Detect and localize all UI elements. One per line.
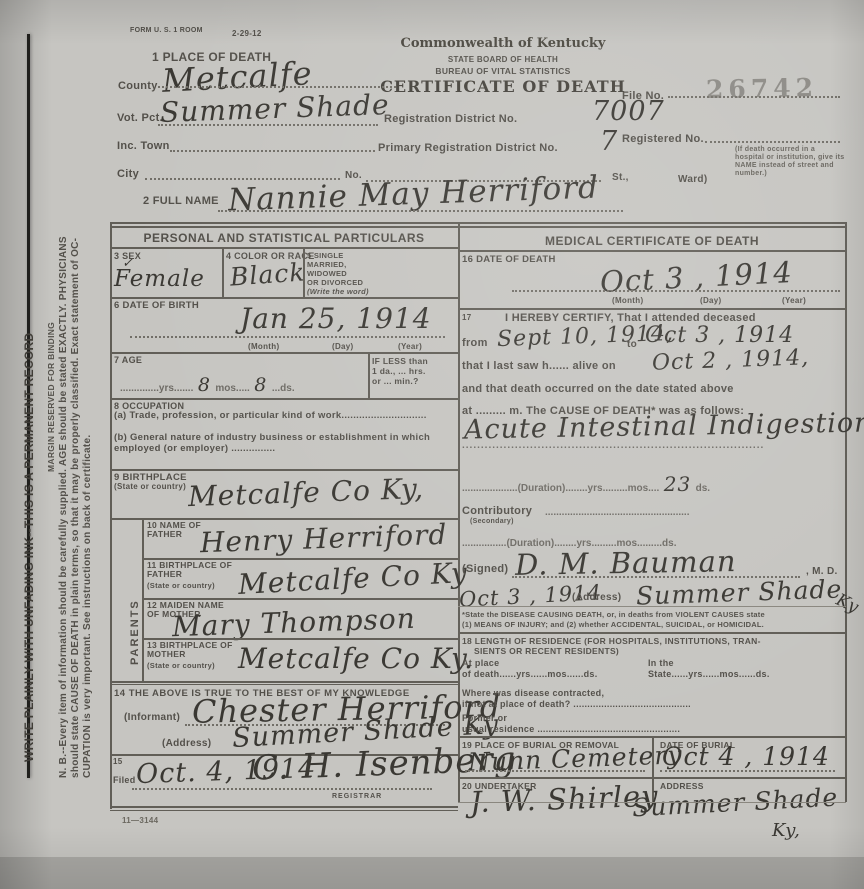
year-caption: (Year) [782, 296, 806, 305]
signed-label: (Signed) [462, 563, 508, 575]
if-less-box: IF LESS than 1 da., ... hrs. or ... min.… [372, 356, 428, 386]
last-saw-statement: that I last saw h...... alive on [462, 360, 616, 372]
bureau-label: BUREAU OF VITAL STATISTICS [388, 66, 618, 76]
day-caption: (Day) [332, 342, 354, 351]
registrar-caption: REGISTRAR [332, 793, 382, 800]
date-of-birth-handwriting: Jan 25, 1914 [240, 302, 432, 335]
marital-line: (Write the word) [307, 287, 369, 296]
contributory-dotted-line: ........................................… [545, 507, 689, 518]
rule-line [110, 352, 458, 354]
burial-date-handwriting: Oct 4 , 1914 [662, 742, 830, 771]
margin-nb-line2: should state CAUSE OF DEATH in plain ter… [70, 236, 82, 778]
physician-address-label: (Address) [572, 592, 621, 603]
filed-item-number: 15 [113, 757, 123, 766]
voting-precinct-handwriting: Summer Shade [159, 88, 390, 129]
undertaker-handwriting: J. W. Shirley [469, 779, 659, 820]
voting-precinct-label: Vot. Pct. [117, 112, 163, 124]
former-residence-label: Former or [462, 713, 507, 723]
rule-line [110, 226, 846, 228]
if-less-line: 1 da., ... hrs. [372, 366, 428, 376]
date-of-death-handwriting: Oct 3 , 1914 [599, 255, 793, 299]
marital-line: WIDOWED [307, 269, 369, 278]
age-mos-leader: mos..... [215, 383, 249, 394]
if-less-line: IF LESS than [372, 356, 428, 366]
margin-binding-note: MARGIN RESERVED FOR BINDING [46, 322, 56, 472]
race-handwriting: Black [229, 257, 306, 291]
marital-line: MARRIED, [307, 260, 369, 269]
father-birthplace-label: 11 BIRTHPLACE OF FATHER [147, 561, 237, 579]
primary-district-label: Primary Registration District No. [378, 142, 558, 154]
age-days-handwriting: 8 [254, 374, 267, 396]
print-code: 11—3144 [122, 816, 158, 825]
dotted-line [130, 336, 445, 338]
occupation-industry-line: (b) General nature of industry business … [114, 432, 449, 454]
death-occurred-statement: and that death occurred on the date stat… [462, 383, 734, 395]
informant-address-label: (Address) [162, 738, 211, 749]
registration-district-label: Registration District No. [384, 113, 517, 125]
rule-line [458, 632, 846, 634]
rule-line [110, 247, 458, 249]
disease-contracted-label: Where was disease contracted, [462, 688, 604, 698]
day-caption: (Day) [700, 296, 722, 305]
residence-section-label2: SIENTS OR RECENT RESIDENTS) [474, 646, 619, 656]
father-name-handwriting: Henry Herriford [199, 518, 447, 560]
disease-contracted-line: if not at place of death? ..............… [462, 699, 691, 709]
sex-handwriting: Female [114, 266, 205, 292]
rule-line [110, 810, 458, 811]
footnote-line1: *State the DISEASE CAUSING DEATH, or, in… [462, 610, 765, 619]
form-date: 2-29-12 [232, 29, 262, 38]
last-saw-date-handwriting: Oct 2 , 1914, [652, 345, 810, 375]
registration-district-handwriting: 7007 [592, 96, 665, 127]
certify-from-label: from [462, 337, 488, 349]
filed-label: Filed [113, 775, 136, 785]
marital-line: 5 SINGLE [307, 251, 369, 260]
in-state-line: State......yrs......mos......ds. [648, 669, 770, 679]
county-label: County [118, 80, 158, 92]
footnote-line2: (1) MEANS OF INJURY; and (2) whether ACC… [462, 620, 764, 629]
hospital-note: (If death occurred in a hospital or inst… [735, 146, 845, 178]
informant-label: (Informant) [124, 712, 180, 723]
rule-line [458, 308, 846, 310]
rule-line [110, 684, 458, 685]
dotted-line [218, 210, 623, 212]
dotted-line [158, 124, 378, 126]
form-number: FORM U. S. 1 ROOM [130, 27, 203, 34]
margin-nb-note: N. B.--Every item of information should … [58, 236, 94, 778]
dotted-line [660, 770, 835, 772]
birthplace-handwriting: Metcalfe Co Ky, [187, 472, 424, 513]
blank-dotted-line: ........................................… [462, 440, 764, 451]
death-certificate-scan: WRITE PLAINLY WITH UNFADING INK--THIS IS… [0, 0, 864, 889]
rule-line [222, 247, 224, 297]
dotted-line [512, 290, 840, 292]
father-birthplace-subcaption: (State or country) [147, 581, 215, 590]
rule-line [303, 247, 305, 297]
rule-line [110, 469, 458, 471]
dotted-line [170, 150, 375, 152]
full-name-label: 2 FULL NAME [143, 195, 219, 207]
street-label: St., [612, 172, 629, 183]
month-caption: (Month) [248, 342, 279, 351]
file-no-stamp: 26742 [706, 73, 818, 104]
contributory-label: Contributory [462, 505, 532, 517]
occupation-trade-line: (a) Trade, profession, or particular kin… [114, 410, 444, 421]
duration-leader: ....................(Duration)........yr… [462, 483, 659, 494]
parents-vertical-label: PARENTS [129, 599, 141, 665]
city-label: City [117, 168, 139, 180]
margin-nb-line3: CUPATION is very important. See instruct… [82, 236, 94, 778]
duration-line: ....................(Duration)........yr… [462, 472, 710, 496]
age-label: 7 AGE [114, 355, 142, 365]
at-place-label: At place [462, 658, 499, 668]
rule-line [458, 802, 846, 803]
rule-line [110, 806, 458, 808]
margin-write-plainly: WRITE PLAINLY WITH UNFADING INK--THIS IS… [22, 333, 36, 762]
birthplace-subcaption: (State or country) [114, 482, 186, 491]
marital-line: OR DIVORCED [307, 278, 369, 287]
dotted-line [132, 788, 432, 790]
dotted-line [158, 86, 396, 88]
duration-ds-caption: ds. [696, 483, 710, 494]
attended-to-handwriting: Oct 3 , 1914 [645, 323, 794, 348]
date-of-death-label: 16 DATE OF DEATH [462, 254, 556, 265]
rule-line [142, 518, 144, 681]
inc-town-label: Inc. Town [117, 140, 170, 152]
personal-section-title: PERSONAL AND STATISTICAL PARTICULARS [110, 231, 458, 245]
rule-line [110, 222, 112, 809]
rule-line [110, 222, 846, 224]
age-months-handwriting: 8 [198, 374, 211, 396]
at-place-line: of death......yrs......mos......ds. [462, 669, 598, 679]
age-yrs-leader: ..............yrs....... [120, 383, 193, 394]
dotted-line [465, 770, 645, 772]
date-of-birth-label: 6 DATE OF BIRTH [114, 300, 199, 311]
ward-label: Ward) [678, 174, 707, 185]
mother-birthplace-subcaption: (State or country) [147, 661, 215, 670]
registered-no-label: Registered No. [622, 133, 704, 145]
state-board-label: STATE BOARD OF HEALTH [388, 55, 618, 64]
former-residence-line: usual residence ........................… [462, 724, 680, 734]
rule-line [110, 681, 458, 683]
primary-district-handwriting: 7 [600, 126, 618, 157]
year-caption: (Year) [398, 342, 422, 351]
rule-line [368, 352, 370, 398]
rule-line [110, 398, 458, 400]
father-birthplace-handwriting: Metcalfe Co Ky [237, 556, 468, 601]
rule-line [458, 606, 846, 607]
in-the-label: In the [648, 658, 674, 668]
certify-to-label: to [627, 339, 637, 350]
age-line: ..............yrs....... 8 mos..... 8 ..… [120, 374, 295, 396]
certify-item-number: 17 [462, 313, 472, 322]
marital-status-box: 5 SINGLE MARRIED, WIDOWED OR DIVORCED (W… [307, 251, 369, 296]
month-caption: (Month) [612, 296, 643, 305]
dotted-line [668, 96, 840, 98]
rule-line [458, 250, 846, 252]
medical-section-title: MEDICAL CERTIFICATE OF DEATH [458, 234, 846, 248]
mother-birthplace-handwriting: Metcalfe Co Ky. [238, 642, 474, 675]
commonwealth-title: Commonwealth of Kentucky [388, 36, 618, 51]
mother-birthplace-label: 13 BIRTHPLACE OF MOTHER [147, 641, 237, 659]
age-ds-leader: ...ds. [272, 383, 295, 394]
dotted-line [705, 141, 840, 143]
residence-section-label: 18 LENGTH OF RESIDENCE (FOR HOSPITALS, I… [462, 636, 761, 646]
duration-days-handwriting: 23 [664, 472, 691, 496]
margin-nb-line1: N. B.--Every item of information should … [58, 236, 70, 778]
certificate-title: CERTIFICATE OF DEATH [378, 77, 628, 96]
rule-line [110, 297, 458, 299]
if-less-line: or ... min.? [372, 376, 428, 386]
undertaker-address-state-handwriting: Ky, [772, 820, 801, 841]
scan-bottom-band [0, 857, 864, 889]
contributory-subcaption: (Secondary) [470, 518, 514, 525]
